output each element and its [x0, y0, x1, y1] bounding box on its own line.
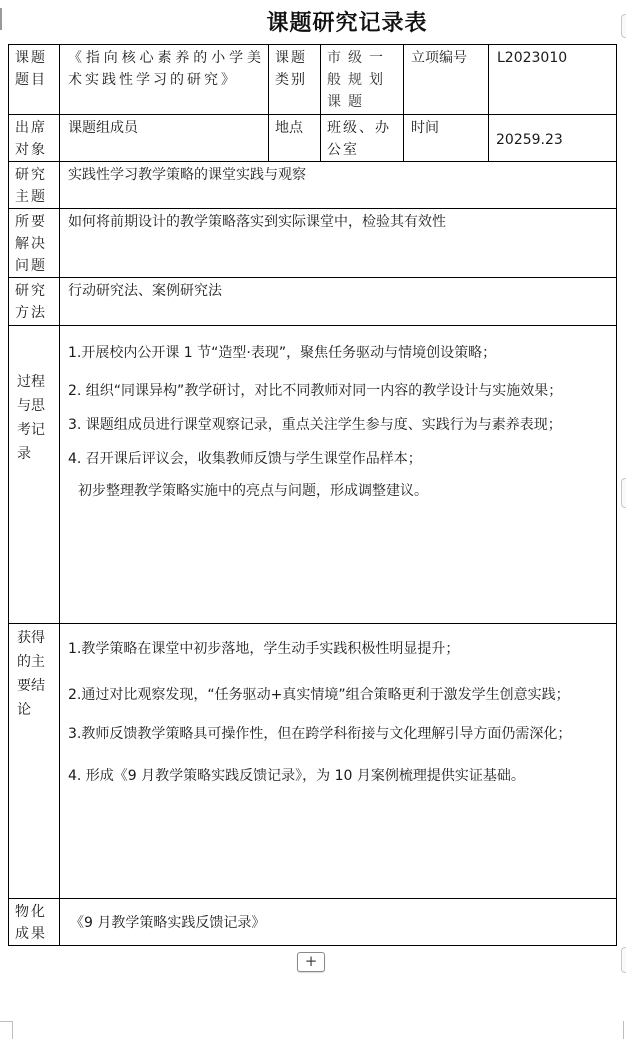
project-number-value[interactable]: L2023010: [489, 45, 617, 115]
process-item: 3. 课题组成员进行课堂观察记录，重点关注学生参与度、实践行为与素养表现；: [68, 408, 612, 442]
problem-value[interactable]: 如何将前期设计的教学策略落实到实际课堂中，检验其有效性: [60, 209, 617, 278]
table-row-problem: 所要解决问题 如何将前期设计的教学策略落实到实际课堂中，检验其有效性: [9, 209, 617, 278]
process-label: 过程与思考记录: [9, 326, 60, 624]
table-row-attendance: 出席对象 课题组成员 地点 班级、办公室 时间 20259.23: [9, 115, 617, 162]
conclusion-item: 4. 形成《9 月教学策略实践反馈记录》，为 10 月案例梳理提供实证基础。: [68, 756, 612, 796]
methods-value[interactable]: 行动研究法、案例研究法: [60, 278, 617, 326]
process-item: 4. 召开课后评议会，收集教师反馈与学生课堂作品样本；: [68, 442, 612, 476]
table-row-theme: 研究主题 实践性学习教学策略的课堂实践与观察: [9, 162, 617, 209]
right-edge-tab[interactable]: [621, 947, 626, 973]
problem-label: 所要解决问题: [9, 209, 60, 278]
process-item: 初步整理教学策略实施中的亮点与问题，形成调整建议。: [68, 476, 612, 506]
conclusion-item: 3.教师反馈教学策略具可操作性，但在跨学科衔接与文化理解引导方面仍需深化；: [68, 712, 612, 756]
process-content[interactable]: 1.开展校内公开课 1 节“造型·表现”，聚焦任务驱动与情境创设策略； 2. 组…: [60, 326, 617, 624]
time-value[interactable]: 20259.23: [489, 115, 617, 162]
page-corner-mark: [0, 1021, 13, 1039]
process-item: 2. 组织“同课异构”教学研讨，对比不同教师对同一内容的教学设计与实施效果；: [68, 374, 612, 408]
table-row-conclusions: 获得的主要结论 1.教学策略在课堂中初步落地，学生动手实践积极性明显提升； 2.…: [9, 624, 617, 899]
table-row-process: 过程与思考记录 1.开展校内公开课 1 节“造型·表现”，聚焦任务驱动与情境创设…: [9, 326, 617, 624]
topic-label: 课题题目: [9, 45, 60, 115]
outcome-value[interactable]: 《9 月教学策略实践反馈记录》: [60, 899, 617, 946]
right-edge-tab[interactable]: [621, 478, 626, 508]
conclusions-label: 获得的主要结论: [9, 624, 60, 899]
document-title: 课题研究记录表: [0, 6, 626, 37]
conclusion-item: 1.教学策略在课堂中初步落地，学生动手实践积极性明显提升；: [68, 632, 612, 666]
attendees-label: 出席对象: [9, 115, 60, 162]
table-row-outcome: 物化成果 《9 月教学策略实践反馈记录》: [9, 899, 617, 946]
add-row-button[interactable]: +: [297, 952, 325, 972]
table-row-methods: 研究方法 行动研究法、案例研究法: [9, 278, 617, 326]
time-label: 时间: [404, 115, 489, 162]
research-record-table: 课题题目 《指向核心素养的小学美术实践性学习的研究》 课题类别 市级一般规划课题…: [8, 44, 617, 946]
research-theme-label: 研究主题: [9, 162, 60, 209]
research-theme-value[interactable]: 实践性学习教学策略的课堂实践与观察: [60, 162, 617, 209]
outcome-label: 物化成果: [9, 899, 60, 946]
conclusions-content[interactable]: 1.教学策略在课堂中初步落地，学生动手实践积极性明显提升； 2.通过对比观察发现…: [60, 624, 617, 899]
methods-label: 研究方法: [9, 278, 60, 326]
table-row-topic: 课题题目 《指向核心素养的小学美术实践性学习的研究》 课题类别 市级一般规划课题…: [9, 45, 617, 115]
category-value[interactable]: 市级一般规划课题: [321, 45, 404, 115]
location-value[interactable]: 班级、办公室: [321, 115, 404, 162]
topic-value[interactable]: 《指向核心素养的小学美术实践性学习的研究》: [60, 45, 269, 115]
attendees-value[interactable]: 课题组成员: [60, 115, 269, 162]
conclusion-item: 2.通过对比观察发现，“任务驱动+真实情境”组合策略更利于激发学生创意实践；: [68, 678, 612, 712]
process-item: 1.开展校内公开课 1 节“造型·表现”，聚焦任务驱动与情境创设策略；: [68, 336, 612, 370]
project-number-label: 立项编号: [404, 45, 489, 115]
category-label: 课题类别: [269, 45, 321, 115]
location-label: 地点: [269, 115, 321, 162]
